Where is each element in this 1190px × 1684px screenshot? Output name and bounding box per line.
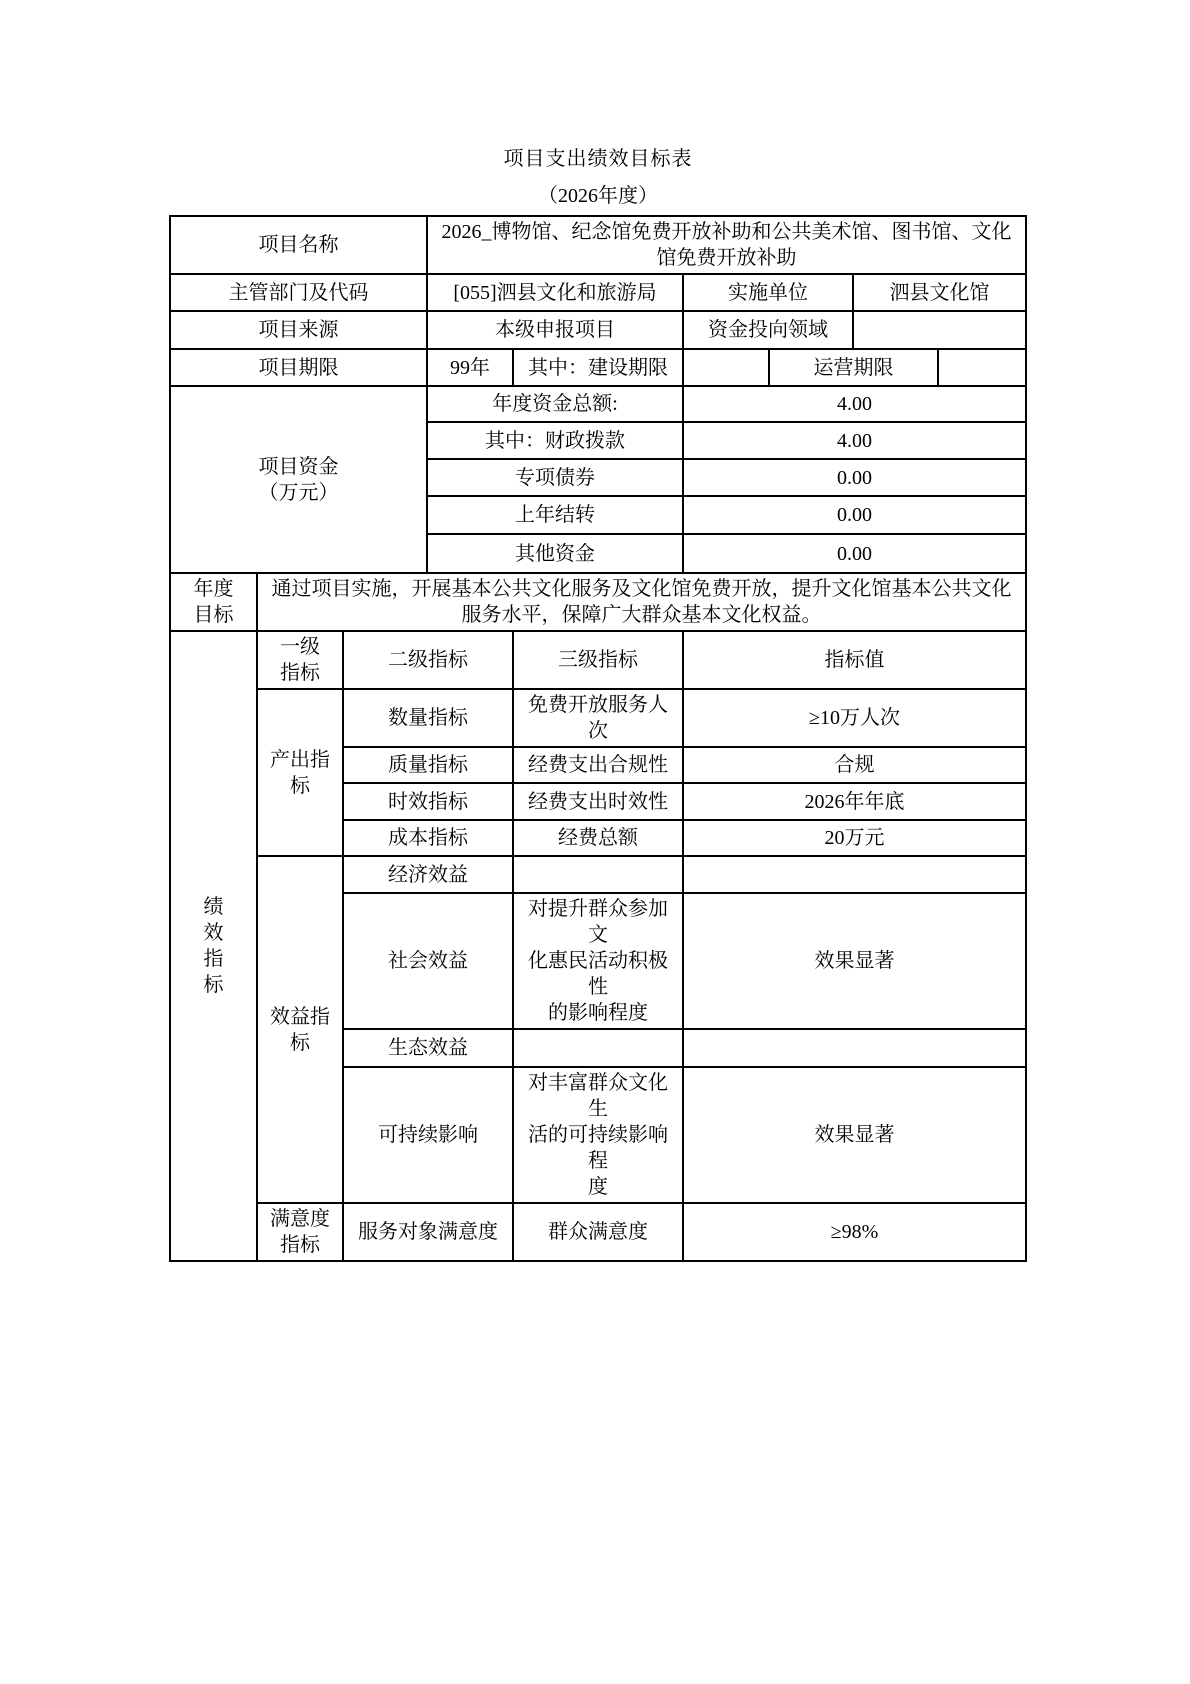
period-value: 99年 bbox=[427, 349, 513, 386]
table-row: 项目期限 99年 其中：建设期限 运营期限 bbox=[170, 349, 1026, 386]
header-level2: 二级指标 bbox=[343, 631, 513, 689]
indicator-level3: 经费总额 bbox=[513, 820, 683, 856]
indicator-level3: 免费开放服务人次 bbox=[513, 689, 683, 747]
indicator-value: 效果显著 bbox=[683, 893, 1026, 1029]
dept-label: 主管部门及代码 bbox=[170, 274, 427, 311]
indicator-level2: 社会效益 bbox=[343, 893, 513, 1029]
fund-item-value: 0.00 bbox=[683, 534, 1026, 573]
group-label-benefit: 效益指 标 bbox=[257, 856, 343, 1203]
impl-unit-value: 泗县文化馆 bbox=[853, 274, 1026, 311]
build-period-label: 其中：建设期限 bbox=[513, 349, 683, 386]
table-row: 绩 效 指 标 一级 指标 二级指标 三级指标 指标值 bbox=[170, 631, 1026, 689]
indicator-level2: 时效指标 bbox=[343, 783, 513, 820]
performance-target-sheet: 项目支出绩效目标表 （2026年度） 项目名称 2026_博物馆、纪念馆免费开放… bbox=[169, 148, 1027, 1262]
indicator-level2: 质量指标 bbox=[343, 747, 513, 783]
fund-item-label: 其中：财政拨款 bbox=[427, 422, 683, 459]
table-row: 效益指 标 经济效益 bbox=[170, 856, 1026, 893]
table-row: 主管部门及代码 [055]泗县文化和旅游局 实施单位 泗县文化馆 bbox=[170, 274, 1026, 311]
indicator-level3: 经费支出时效性 bbox=[513, 783, 683, 820]
oper-period-label: 运营期限 bbox=[769, 349, 938, 386]
table-row: 项目来源 本级申报项目 资金投向领域 bbox=[170, 311, 1026, 349]
table-row: 产出指 标 数量指标 免费开放服务人次 ≥10万人次 bbox=[170, 689, 1026, 747]
perf-side-label: 绩 效 指 标 bbox=[170, 631, 257, 1261]
indicator-level3: 经费支出合规性 bbox=[513, 747, 683, 783]
invest-field-value bbox=[853, 311, 1026, 349]
impl-unit-label: 实施单位 bbox=[683, 274, 853, 311]
table-row: 项目资金 （万元） 年度资金总额: 4.00 bbox=[170, 386, 1026, 422]
fund-item-label: 专项债券 bbox=[427, 459, 683, 496]
header-value: 指标值 bbox=[683, 631, 1026, 689]
indicator-value: 20万元 bbox=[683, 820, 1026, 856]
fund-item-label: 其他资金 bbox=[427, 534, 683, 573]
fund-item-value: 0.00 bbox=[683, 459, 1026, 496]
indicator-level3 bbox=[513, 856, 683, 893]
indicator-value: 合规 bbox=[683, 747, 1026, 783]
indicator-level2: 可持续影响 bbox=[343, 1067, 513, 1203]
oper-period-value bbox=[938, 349, 1026, 386]
fund-item-value: 0.00 bbox=[683, 496, 1026, 534]
indicator-level3: 群众满意度 bbox=[513, 1203, 683, 1261]
fund-item-label: 年度资金总额: bbox=[427, 386, 683, 422]
indicator-level2: 成本指标 bbox=[343, 820, 513, 856]
fund-item-value: 4.00 bbox=[683, 422, 1026, 459]
group-label-satisfaction: 满意度 指标 bbox=[257, 1203, 343, 1261]
invest-field-label: 资金投向领域 bbox=[683, 311, 853, 349]
document-page: { "doc": { "title": "项目支出绩效目标表", "subtit… bbox=[0, 0, 1190, 1684]
indicator-level3: 对丰富群众文化生 活的可持续影响程 度 bbox=[513, 1067, 683, 1203]
source-label: 项目来源 bbox=[170, 311, 427, 349]
project-name-value: 2026_博物馆、纪念馆免费开放补助和公共美术馆、图书馆、文化 馆免费开放补助 bbox=[427, 216, 1026, 274]
indicator-level2: 生态效益 bbox=[343, 1029, 513, 1067]
indicator-value bbox=[683, 856, 1026, 893]
header-level1: 一级 指标 bbox=[257, 631, 343, 689]
indicator-value bbox=[683, 1029, 1026, 1067]
indicator-value: 2026年年底 bbox=[683, 783, 1026, 820]
source-value: 本级申报项目 bbox=[427, 311, 683, 349]
indicator-level3: 对提升群众参加文 化惠民活动积极性 的影响程度 bbox=[513, 893, 683, 1029]
funds-label: 项目资金 （万元） bbox=[170, 386, 427, 573]
indicator-level2: 经济效益 bbox=[343, 856, 513, 893]
header-level3: 三级指标 bbox=[513, 631, 683, 689]
indicator-level2: 服务对象满意度 bbox=[343, 1203, 513, 1261]
page-title: 项目支出绩效目标表 bbox=[169, 148, 1027, 170]
annual-goal-label: 年度 目标 bbox=[170, 573, 257, 631]
performance-target-table: 项目名称 2026_博物馆、纪念馆免费开放补助和公共美术馆、图书馆、文化 馆免费… bbox=[169, 215, 1027, 1262]
fund-item-label: 上年结转 bbox=[427, 496, 683, 534]
table-row: 项目名称 2026_博物馆、纪念馆免费开放补助和公共美术馆、图书馆、文化 馆免费… bbox=[170, 216, 1026, 274]
indicator-value: 效果显著 bbox=[683, 1067, 1026, 1203]
indicator-value: ≥98% bbox=[683, 1203, 1026, 1261]
indicator-value: ≥10万人次 bbox=[683, 689, 1026, 747]
table-row: 年度 目标 通过项目实施，开展基本公共文化服务及文化馆免费开放，提升文化馆基本公… bbox=[170, 573, 1026, 631]
table-row: 满意度 指标 服务对象满意度 群众满意度 ≥98% bbox=[170, 1203, 1026, 1261]
dept-value: [055]泗县文化和旅游局 bbox=[427, 274, 683, 311]
project-name-label: 项目名称 bbox=[170, 216, 427, 274]
build-period-value bbox=[683, 349, 769, 386]
fund-item-value: 4.00 bbox=[683, 386, 1026, 422]
group-label-output: 产出指 标 bbox=[257, 689, 343, 856]
indicator-level2: 数量指标 bbox=[343, 689, 513, 747]
annual-goal-text: 通过项目实施，开展基本公共文化服务及文化馆免费开放，提升文化馆基本公共文化 服务… bbox=[257, 573, 1026, 631]
page-subtitle: （2026年度） bbox=[169, 185, 1027, 207]
period-label: 项目期限 bbox=[170, 349, 427, 386]
indicator-level3 bbox=[513, 1029, 683, 1067]
